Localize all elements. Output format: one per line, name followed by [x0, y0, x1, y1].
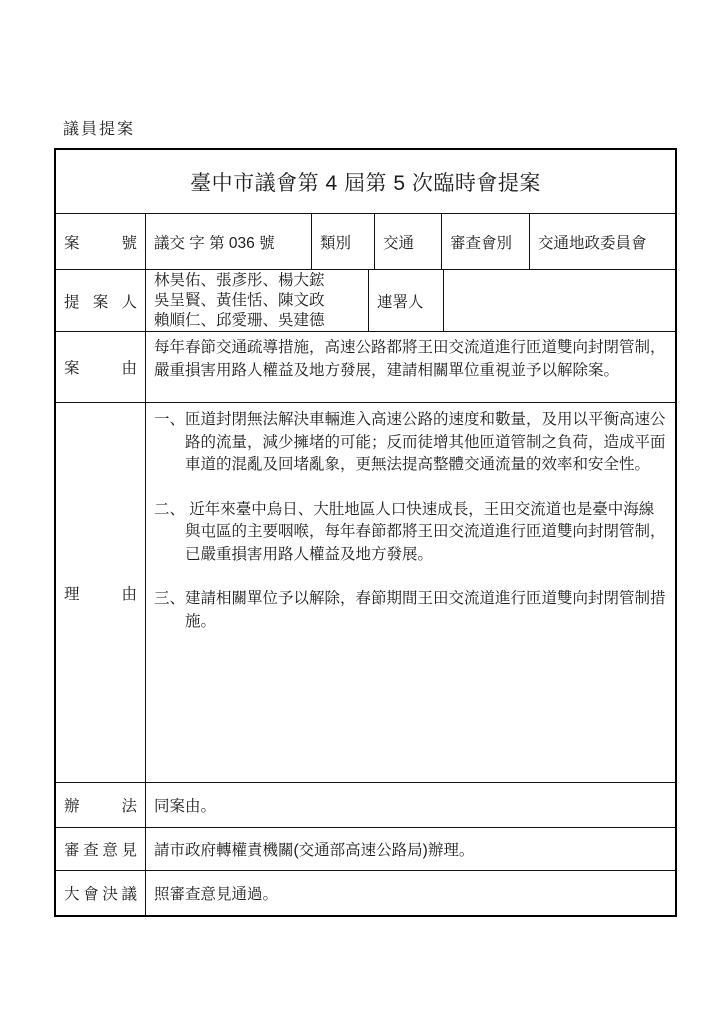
- document-page: 議員提案 臺中市議會第 4 屆第 5 次臨時會提案 案號 議交 字 第 036 …: [0, 0, 724, 1024]
- review-label: 審查意見: [64, 838, 137, 860]
- reason-item-2: 二、 近年來臺中烏日、大肚地區人口快速成長，王田交流道也是臺中海線與屯區的主要咽…: [154, 499, 667, 567]
- category-label-cell: 類別: [312, 214, 375, 269]
- case-number-value: 議交 字 第 036 號: [154, 231, 275, 253]
- cosigner-label: 連署人: [377, 290, 424, 312]
- table-title-row: 臺中市議會第 4 屆第 5 次臨時會提案: [56, 150, 675, 214]
- method-label: 辦法: [64, 794, 137, 816]
- subject-label: 案由: [64, 356, 137, 378]
- proposer-names-line: 賴順仁、邱愛珊、吳建德: [154, 311, 325, 331]
- proposers-label-cell: 提案人: [56, 270, 146, 331]
- reasons-value-cell: 一、匝道封閉無法解決車輛進入高速公路的速度和數量，及用以平衡高速公路的流量，減少…: [146, 403, 675, 782]
- reasons-row: 理由 一、匝道封閉無法解決車輛進入高速公路的速度和數量，及用以平衡高速公路的流量…: [56, 403, 675, 783]
- document-type-heading: 議員提案: [63, 116, 135, 139]
- committee-label: 審查會別: [450, 231, 512, 253]
- category-value: 交通: [383, 231, 414, 253]
- resolution-label-cell: 大會決議: [56, 871, 146, 915]
- review-label-cell: 審查意見: [56, 828, 146, 870]
- subject-value: 每年春節交通疏導措施，高速公路都將王田交流道進行匝道雙向封閉管制，嚴重損害用路人…: [154, 336, 667, 382]
- category-value-cell: 交通: [375, 214, 442, 269]
- resolution-value: 照審查意見通過。: [154, 882, 278, 904]
- subject-row: 案由 每年春節交通疏導措施，高速公路都將王田交流道進行匝道雙向封閉管制，嚴重損害…: [56, 332, 675, 403]
- committee-value: 交通地政委員會: [538, 231, 647, 253]
- case-number-row: 案號 議交 字 第 036 號 類別 交通 審查會別 交通地政委員會: [56, 214, 675, 270]
- reason-item-1: 一、匝道封閉無法解決車輛進入高速公路的速度和數量，及用以平衡高速公路的流量，減少…: [154, 409, 667, 477]
- resolution-label: 大會決議: [64, 882, 137, 904]
- category-label: 類別: [320, 231, 351, 253]
- case-number-label: 案號: [64, 231, 137, 253]
- proposer-names-line: 林昊佑、張彥彤、楊大鋐: [154, 271, 325, 291]
- proposers-names-cell: 林昊佑、張彥彤、楊大鋐 吳呈賢、黃佳恬、陳文政 賴順仁、邱愛珊、吳建德: [146, 270, 369, 331]
- proposal-title: 臺中市議會第 4 屆第 5 次臨時會提案: [56, 167, 675, 197]
- method-value-cell: 同案由。: [146, 783, 675, 827]
- proposal-table: 臺中市議會第 4 屆第 5 次臨時會提案 案號 議交 字 第 036 號 類別 …: [54, 148, 677, 917]
- case-number-label-cell: 案號: [56, 214, 146, 269]
- subject-value-cell: 每年春節交通疏導措施，高速公路都將王田交流道進行匝道雙向封閉管制，嚴重損害用路人…: [146, 332, 675, 402]
- method-label-cell: 辦法: [56, 783, 146, 827]
- review-value: 請市政府轉權責機關(交通部高速公路局)辦理。: [154, 838, 474, 860]
- cosigner-label-cell: 連署人: [369, 270, 444, 331]
- review-row: 審查意見 請市政府轉權責機關(交通部高速公路局)辦理。: [56, 828, 675, 871]
- reasons-label: 理由: [64, 582, 137, 604]
- reasons-label-cell: 理由: [56, 403, 146, 782]
- proposers-row: 提案人 林昊佑、張彥彤、楊大鋐 吳呈賢、黃佳恬、陳文政 賴順仁、邱愛珊、吳建德 …: [56, 270, 675, 332]
- resolution-value-cell: 照審查意見通過。: [146, 871, 675, 915]
- proposer-names-line: 吳呈賢、黃佳恬、陳文政: [154, 291, 325, 311]
- proposers-label: 提案人: [64, 290, 137, 312]
- subject-label-cell: 案由: [56, 332, 146, 402]
- committee-value-cell: 交通地政委員會: [530, 214, 675, 269]
- committee-label-cell: 審查會別: [442, 214, 530, 269]
- case-number-value-cell: 議交 字 第 036 號: [146, 214, 312, 269]
- resolution-row: 大會決議 照審查意見通過。: [56, 871, 675, 915]
- method-value: 同案由。: [154, 794, 216, 816]
- cosigner-value-cell: [444, 270, 675, 331]
- reason-item-3: 三、建請相關單位予以解除，春節期間王田交流道進行匝道雙向封閉管制措施。: [154, 588, 667, 633]
- review-value-cell: 請市政府轉權責機關(交通部高速公路局)辦理。: [146, 828, 675, 870]
- method-row: 辦法 同案由。: [56, 783, 675, 828]
